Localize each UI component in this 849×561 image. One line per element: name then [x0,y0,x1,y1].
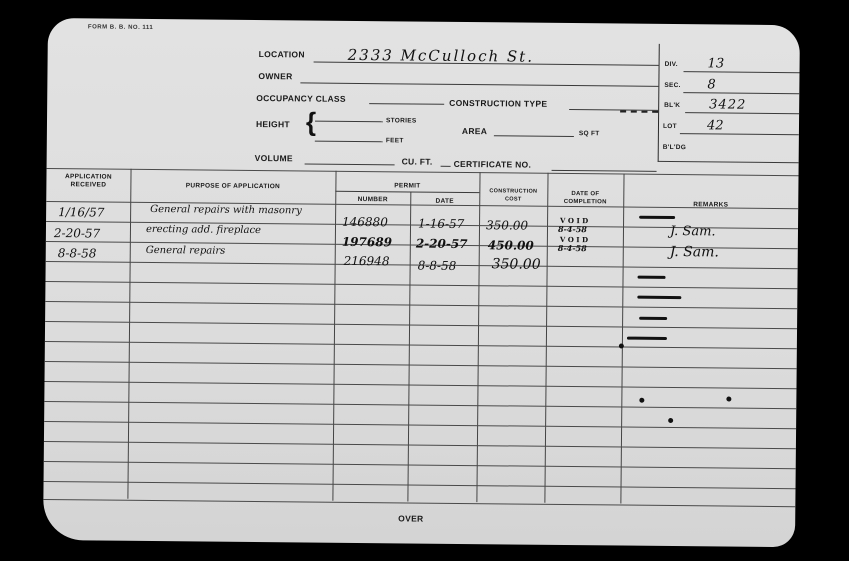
row-line [45,321,797,329]
table-top-border [47,168,799,176]
header-completion: DATE OF COMPLETION [549,190,621,207]
row-line [44,441,796,449]
cuft-line [441,166,451,167]
height-label: HEIGHT [256,119,290,129]
certificate-line [552,170,657,172]
cell-number: 197689 [342,235,392,249]
area-label: AREA [462,126,487,136]
sec-label: SEC. [664,82,680,89]
row-line [45,301,797,309]
cell-remarks: J. Sam. [670,244,719,260]
row-line [45,361,797,369]
cell-received: 1/16/57 [58,205,104,219]
side-box-border [658,44,660,162]
col-divider [544,173,548,503]
col-divider [407,191,411,501]
location-label: LOCATION [259,49,305,59]
blk-value: 3422 [709,97,746,112]
header-cost: CONSTRUCTION COST [482,187,544,204]
cuft-label: CU. FT. [402,156,433,166]
feet-label: FEET [386,137,404,144]
ink-dot [639,398,644,403]
feet-line [315,141,383,143]
permit-subheader-line [335,191,479,193]
cell-date: 8-8-58 [418,259,457,273]
construction-type-label: CONSTRUCTION TYPE [449,98,547,109]
row-line [44,401,796,409]
bldg-label: B'L'DG [663,144,686,151]
sec-line [683,92,799,94]
lot-label: LOT [663,123,677,130]
col-divider [620,174,624,504]
col-divider [476,172,480,502]
location-value: 2333 McCulloch St. [348,46,535,66]
lot-value: 42 [707,118,724,133]
ink-dot [668,418,673,423]
lot-line [680,133,799,135]
remark-dash-mark [638,276,666,279]
cell-cost: 350.00 [486,218,528,232]
stories-line [315,121,383,123]
stories-label: STORIES [386,117,417,124]
area-line [494,135,574,137]
construction-dash [620,110,658,112]
over-label: OVER [398,513,423,523]
row-line [44,461,796,469]
table-row: 1/16/57 General repairs with masonry 146… [48,18,800,25]
cell-number: 146880 [342,215,388,229]
ink-dot [619,343,624,348]
owner-line [300,82,658,86]
form-number: FORM B. B. NO. 111 [88,24,153,31]
remark-dash-mark [639,317,667,320]
table-row: 8-8-58 General repairs 216948 8-8-58 350… [48,18,800,25]
row-line [45,341,797,349]
permit-record-card: FORM B. B. NO. 111 LOCATION 2333 McCullo… [43,18,800,547]
cell-date: 1-16-57 [418,217,464,231]
table-bottom-border [43,499,795,507]
cell-received: 8-8-58 [58,246,97,260]
occupancy-line [369,103,444,105]
row-line [45,281,797,289]
cell-remarks: J. Sam. [670,224,716,239]
row-line [45,381,797,389]
remark-dash-mark [627,337,667,340]
ink-dot [726,397,731,402]
cell-date: 2-20-57 [416,237,468,251]
remark-dash-mark [639,216,675,219]
volume-line [305,163,395,165]
cell-purpose: General repairs [146,245,226,257]
volume-label: VOLUME [255,153,293,163]
sec-value: 8 [707,77,715,92]
row-line [44,481,796,489]
cell-number: 216948 [344,254,390,268]
div-value: 13 [708,56,725,71]
div-label: DIV. [665,61,678,68]
owner-label: OWNER [258,71,292,81]
occupancy-class-label: OCCUPANCY CLASS [256,93,346,104]
cell-received: 2-20-57 [54,226,100,240]
table-row: 2-20-57 erecting add. fireplace 197689 2… [48,18,800,25]
cell-cost: 350.00 [492,256,541,272]
div-line [684,71,800,73]
sqft-label: SQ FT [579,130,600,137]
cell-completion-date: 8-4-58 [558,224,587,234]
certificate-label: CERTIFICATE NO. [454,159,532,170]
row-line [44,421,796,429]
col-divider [127,169,131,499]
side-box-bottom [658,161,799,163]
remark-dash-mark [637,296,681,299]
header-permit: PERMIT [335,182,479,191]
cell-purpose: erecting add. fireplace [146,224,261,236]
header-purpose: PURPOSE OF APPLICATION [130,182,335,192]
cell-cost: 450.00 [488,238,534,252]
header-received: APPLICATION RECEIVED [46,173,130,190]
col-divider [332,171,336,501]
cell-purpose: General repairs with masonry [150,204,302,216]
blk-label: BL'K [664,102,680,109]
cell-completion-date: 8-4-58 [558,243,587,253]
